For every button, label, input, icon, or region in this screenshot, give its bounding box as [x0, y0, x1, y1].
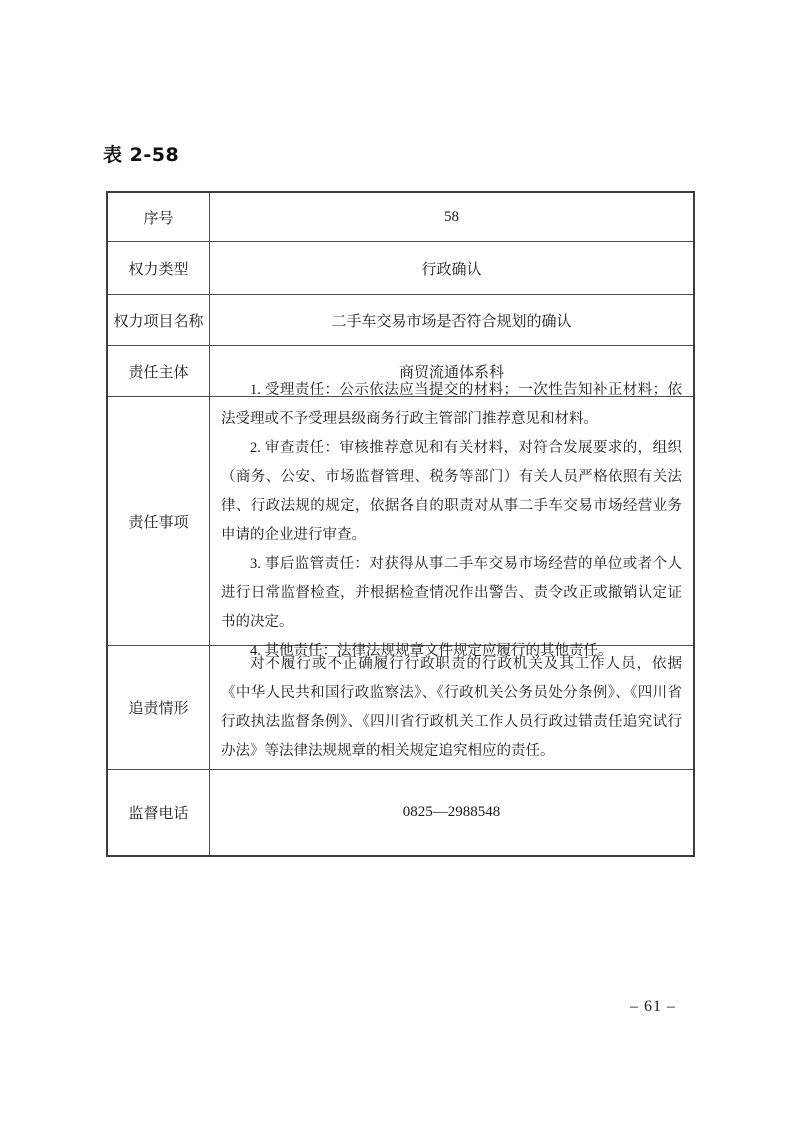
row-label-serial-number: 序号: [108, 193, 210, 241]
row-label-responsible-entity: 责任主体: [108, 346, 210, 396]
table-row-power-item-name: 权力项目名称 二手车交易市场是否符合规划的确认: [108, 295, 693, 346]
row-label-power-type: 权力类型: [108, 242, 210, 294]
row-label-responsibility-items: 责任事项: [108, 397, 210, 645]
responsibility-paragraph-3: 3. 事后监管责任：对获得从事二手车交易市场经营的单位或者个人进行日常监督检查，…: [221, 550, 682, 637]
document-page: 表 2-58 序号 58 权力类型 行政确认 权力项目名称 二手车交易市场是否符…: [0, 0, 793, 1122]
table-row-accountability-circumstances: 追责情形 对不履行或不正确履行行政职责的行政机关及其工作人员，依据《中华人民共和…: [108, 646, 693, 770]
row-label-power-item-name: 权力项目名称: [108, 295, 210, 345]
responsibility-paragraph-2: 2. 审查责任：审核推荐意见和有关材料，对符合发展要求的，组织（商务、公安、市场…: [221, 434, 682, 550]
responsibility-paragraph-1: 1. 受理责任：公示依法应当提交的材料；一次性告知补正材料；依法受理或不予受理县…: [221, 376, 682, 434]
row-value-accountability-circumstances: 对不履行或不正确履行行政职责的行政机关及其工作人员，依据《中华人民共和国行政监察…: [210, 646, 693, 769]
page-number: – 61 –: [630, 998, 676, 1016]
table-row-supervision-phone: 监督电话 0825—2988548: [108, 770, 693, 855]
table-row-power-type: 权力类型 行政确认: [108, 242, 693, 295]
row-value-supervision-phone: 0825—2988548: [210, 770, 693, 855]
responsibility-items-text: 1. 受理责任：公示依法应当提交的材料；一次性告知补正材料；依法受理或不予受理县…: [221, 376, 682, 666]
row-value-power-item-name: 二手车交易市场是否符合规划的确认: [210, 295, 693, 345]
table-row-serial-number: 序号 58: [108, 193, 693, 242]
accountability-text: 对不履行或不正确履行行政职责的行政机关及其工作人员，依据《中华人民共和国行政监察…: [221, 650, 682, 766]
row-label-supervision-phone: 监督电话: [108, 770, 210, 855]
power-responsibility-table: 序号 58 权力类型 行政确认 权力项目名称 二手车交易市场是否符合规划的确认 …: [106, 191, 695, 857]
row-value-power-type: 行政确认: [210, 242, 693, 294]
row-value-responsibility-items: 1. 受理责任：公示依法应当提交的材料；一次性告知补正材料；依法受理或不予受理县…: [210, 397, 693, 645]
accountability-paragraph-1: 对不履行或不正确履行行政职责的行政机关及其工作人员，依据《中华人民共和国行政监察…: [221, 650, 682, 766]
row-value-serial-number: 58: [210, 193, 693, 241]
table-row-responsibility-items: 责任事项 1. 受理责任：公示依法应当提交的材料；一次性告知补正材料；依法受理或…: [108, 397, 693, 646]
table-title: 表 2-58: [103, 140, 179, 167]
row-label-accountability-circumstances: 追责情形: [108, 646, 210, 769]
